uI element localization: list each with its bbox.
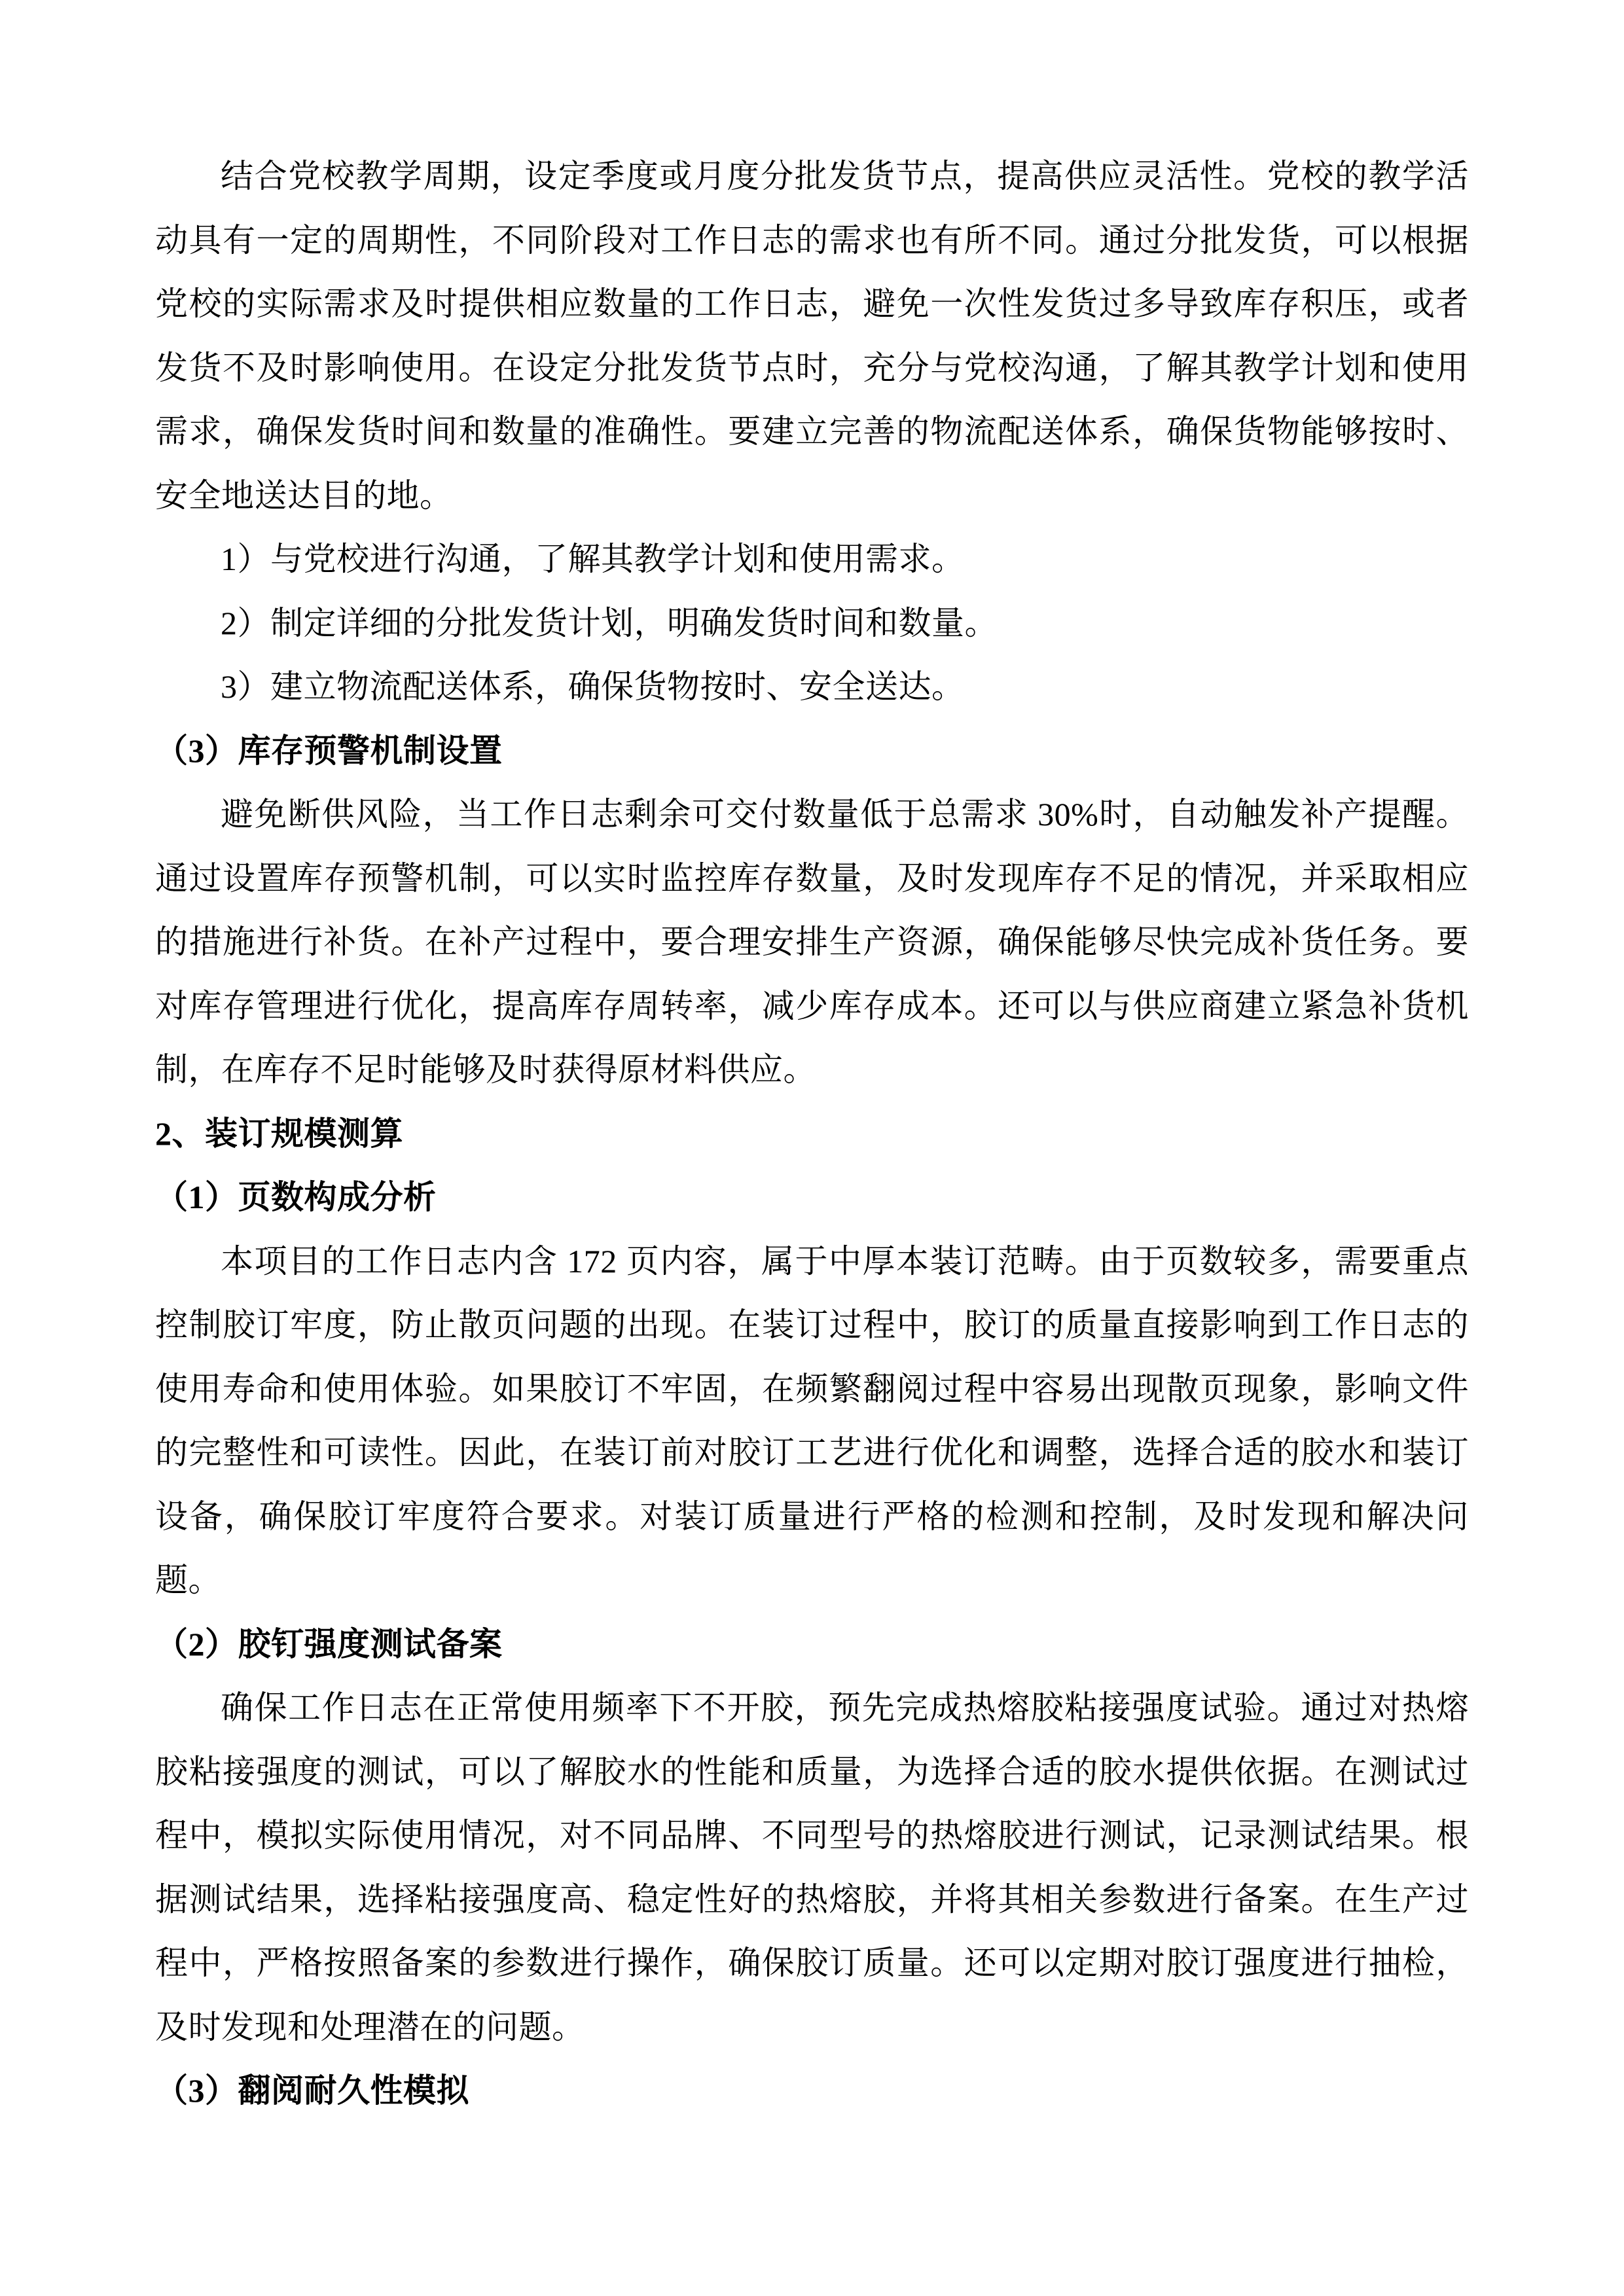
section-heading: （2）胶钉强度测试备案	[155, 1613, 1469, 1677]
document-body: 结合党校教学周期，设定季度或月度分批发货节点，提高供应灵活性。党校的教学活动具有…	[155, 145, 1469, 2123]
section-heading: （3）库存预警机制设置	[155, 719, 1469, 783]
list-item: 3）建立物流配送体系，确保货物按时、安全送达。	[155, 655, 1469, 719]
section-heading: （3）翻阅耐久性模拟	[155, 2059, 1469, 2123]
paragraph: 结合党校教学周期，设定季度或月度分批发货节点，提高供应灵活性。党校的教学活动具有…	[155, 145, 1469, 528]
document-page: 结合党校教学周期，设定季度或月度分批发货节点，提高供应灵活性。党校的教学活动具有…	[0, 0, 1624, 2296]
paragraph: 本项目的工作日志内含 172 页内容，属于中厚本装订范畴。由于页数较多，需要重点…	[155, 1230, 1469, 1613]
paragraph: 避免断供风险，当工作日志剩余可交付数量低于总需求 30%时，自动触发补产提醒。通…	[155, 783, 1469, 1102]
paragraph: 确保工作日志在正常使用频率下不开胶，预先完成热熔胶粘接强度试验。通过对热熔胶粘接…	[155, 1676, 1469, 2059]
list-item: 1）与党校进行沟通，了解其教学计划和使用需求。	[155, 528, 1469, 592]
list-item: 2）制定详细的分批发货计划，明确发货时间和数量。	[155, 592, 1469, 656]
section-heading: 2、装订规模测算	[155, 1102, 1469, 1166]
section-heading: （1）页数构成分析	[155, 1166, 1469, 1230]
